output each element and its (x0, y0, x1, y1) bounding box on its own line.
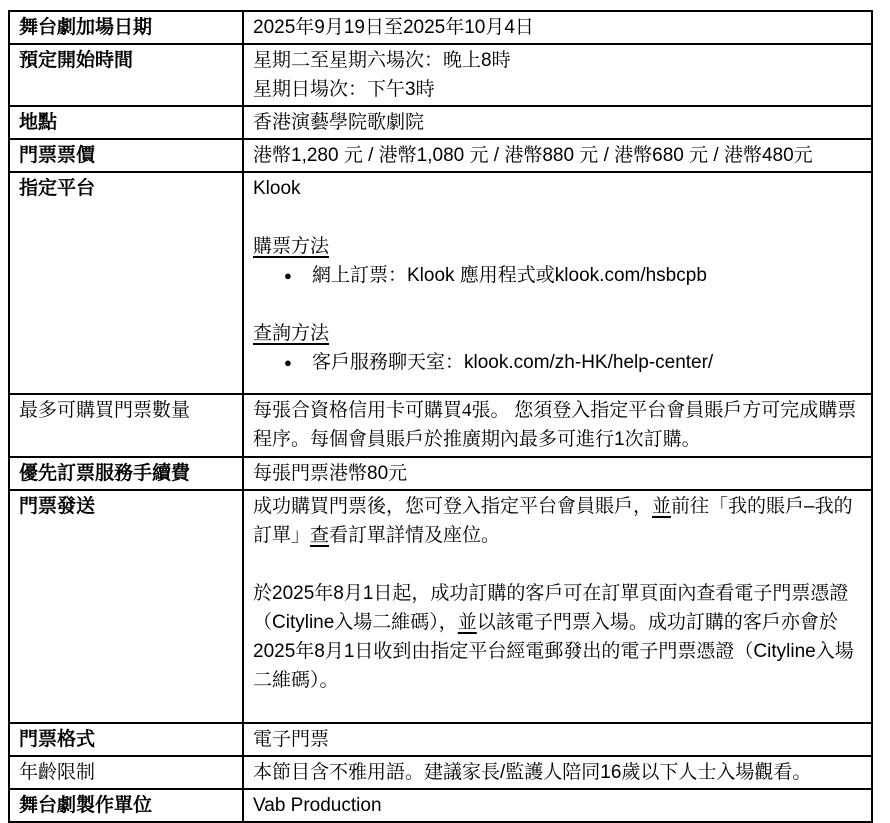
table-row-ticket-delivery: 門票發送 成功購買門票後，您可登入指定平台會員賬戶，並前往「我的賬戶–我的訂單」… (9, 490, 872, 723)
row-value-start-time: 星期二至星期六場次：晚上8時 星期日場次：下午3時 (243, 44, 872, 106)
row-label-age-limit: 年齡限制 (9, 756, 243, 789)
row-value-venue: 香港演藝學院歌劇院 (243, 106, 872, 139)
event-info-page: 舞台劇加場日期 2025年9月19日至2025年10月4日 預定開始時間 星期二… (0, 0, 890, 816)
table-row-prices: 門票票價 港幣1,280 元 / 港幣1,080 元 / 港幣880 元 / 港… (9, 139, 872, 172)
event-info-table: 舞台劇加場日期 2025年9月19日至2025年10月4日 預定開始時間 星期二… (8, 10, 873, 823)
spacer (253, 550, 862, 579)
spacer (253, 203, 862, 232)
purchase-method-item: ●網上訂票：Klook 應用程式或klook.com/hsbcpb (253, 261, 862, 290)
row-label-ticket-format: 門票格式 (9, 723, 243, 756)
ticket-delivery-underlined-text: 並 (458, 612, 477, 633)
spacer (253, 290, 862, 319)
row-label-prices: 門票票價 (9, 139, 243, 172)
row-label-start-time: 預定開始時間 (9, 44, 243, 106)
row-label-producer: 舞台劇製作單位 (9, 789, 243, 822)
table-row-start-time: 預定開始時間 星期二至星期六場次：晚上8時 星期日場次：下午3時 (9, 44, 872, 106)
table-row-venue: 地點 香港演藝學院歌劇院 (9, 106, 872, 139)
row-label-platform: 指定平台 (9, 172, 243, 394)
start-time-sunday: 星期日場次：下午3時 (253, 75, 862, 104)
row-value-extra-dates: 2025年9月19日至2025年10月4日 (243, 11, 872, 44)
purchase-method-text: 網上訂票：Klook 應用程式或klook.com/hsbcpb (312, 265, 707, 286)
bullet-icon: ● (284, 261, 312, 290)
purchase-method-heading: 購票方法 (253, 232, 862, 261)
row-label-venue: 地點 (9, 106, 243, 139)
row-value-producer: Vab Production (243, 789, 872, 822)
table-row-producer: 舞台劇製作單位 Vab Production (9, 789, 872, 822)
table-row-handling-fee: 優先訂票服務手續費 每張門票港幣80元 (9, 457, 872, 490)
table-row-age-limit: 年齡限制 本節目含不雅用語。建議家長/監護人陪同16歲以下人士入場觀看。 (9, 756, 872, 789)
row-value-prices: 港幣1,280 元 / 港幣1,080 元 / 港幣880 元 / 港幣680 … (243, 139, 872, 172)
row-value-handling-fee: 每張門票港幣80元 (243, 457, 872, 490)
ticket-delivery-paragraph-1: 成功購買門票後，您可登入指定平台會員賬戶，並前往「我的賬戶–我的訂單」查看訂單詳… (253, 492, 862, 550)
row-label-handling-fee: 優先訂票服務手續費 (9, 457, 243, 490)
row-value-platform: Klook 購票方法 ●網上訂票：Klook 應用程式或klook.com/hs… (243, 172, 872, 394)
ticket-delivery-text: 看訂單詳情及座位。 (329, 525, 500, 546)
bullet-icon: ● (284, 348, 312, 377)
enquiry-method-text: 客戶服務聊天室：klook.com/zh-HK/help-center/ (312, 352, 713, 373)
table-row-ticket-format: 門票格式 電子門票 (9, 723, 872, 756)
ticket-delivery-text: 成功購買門票後，您可登入指定平台會員賬戶， (253, 496, 652, 517)
row-value-max-tickets: 每張合資格信用卡可購買4張。 您須登入指定平台會員賬戶方可完成購票程序。每個會員… (243, 394, 872, 457)
row-label-extra-dates: 舞台劇加場日期 (9, 11, 243, 44)
row-value-ticket-delivery: 成功購買門票後，您可登入指定平台會員賬戶，並前往「我的賬戶–我的訂單」查看訂單詳… (243, 490, 872, 723)
ticket-delivery-underlined-text: 並 (652, 496, 671, 517)
enquiry-method-item: ●客戶服務聊天室：klook.com/zh-HK/help-center/ (253, 348, 862, 377)
table-row-extra-dates: 舞台劇加場日期 2025年9月19日至2025年10月4日 (9, 11, 872, 44)
platform-name: Klook (253, 174, 862, 203)
table-row-platform: 指定平台 Klook 購票方法 ●網上訂票：Klook 應用程式或klook.c… (9, 172, 872, 394)
row-value-age-limit: 本節目含不雅用語。建議家長/監護人陪同16歲以下人士入場觀看。 (243, 756, 872, 789)
row-label-max-tickets: 最多可購買門票數量 (9, 394, 243, 457)
enquiry-method-heading: 查詢方法 (253, 319, 862, 348)
row-value-ticket-format: 電子門票 (243, 723, 872, 756)
start-time-weekday: 星期二至星期六場次：晚上8時 (253, 46, 862, 75)
ticket-delivery-underlined-text: 查 (310, 525, 329, 546)
row-label-ticket-delivery: 門票發送 (9, 490, 243, 723)
table-row-max-tickets: 最多可購買門票數量 每張合資格信用卡可購買4張。 您須登入指定平台會員賬戶方可完… (9, 394, 872, 457)
max-tickets-text-serif: 每張合資格信用卡可購買4張。 (253, 400, 514, 421)
ticket-delivery-paragraph-2: 於2025年8月1日起，成功訂購的客戶可在訂單頁面內查看電子門票憑證（Cityl… (253, 579, 862, 695)
